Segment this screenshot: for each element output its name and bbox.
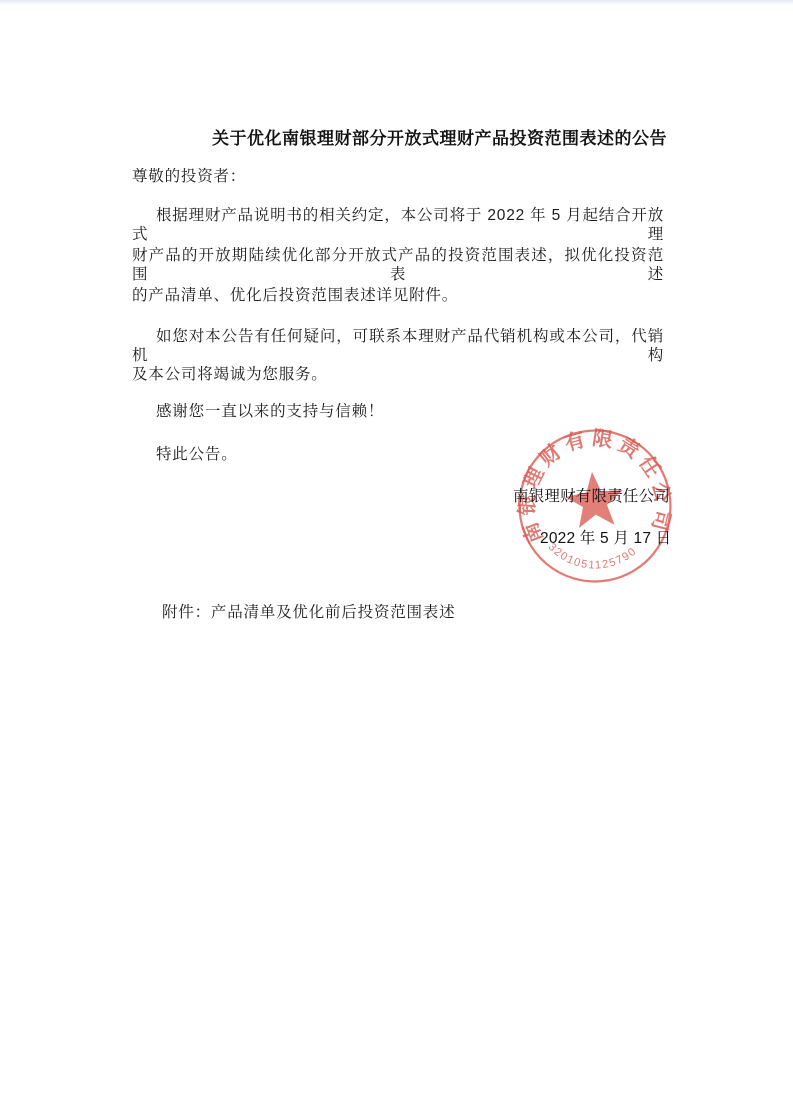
company-seal: 南银理财有限责任公司 3201051125790 [509, 420, 680, 591]
scan-edge-artifact [0, 0, 793, 5]
salutation: 尊敬的投资者： [132, 164, 246, 186]
signature-date: 2022 年 5 月 17 日 [540, 526, 671, 548]
document-page: 关于优化南银理财部分开放式理财产品投资范围表述的公告 尊敬的投资者： 根据理财产… [0, 0, 793, 1119]
document-title: 关于优化南银理财部分开放式理财产品投资范围表述的公告 [212, 124, 667, 149]
signature-company: 南银理财有限责任公司 [513, 484, 670, 506]
body-line: 如您对本公告有任何疑问，可联系本理财产品代销机构或本公司，代销机构 [132, 327, 664, 365]
body-line: 的产品清单、优化后投资范围表述详见附件。 [132, 286, 664, 305]
attachment-note: 附件：产品清单及优化前后投资范围表述 [132, 600, 455, 622]
body-line: 感谢您一直以来的支持与信赖！ [132, 402, 664, 421]
body-line: 及本公司将竭诚为您服务。 [132, 365, 664, 384]
body-line: 根据理财产品说明书的相关约定，本公司将于 2022 年 5 月起结合开放式理 [132, 206, 664, 244]
body-line: 财产品的开放期陆续优化部分开放式产品的投资范围表述，拟优化投资范围表述 [132, 246, 664, 284]
